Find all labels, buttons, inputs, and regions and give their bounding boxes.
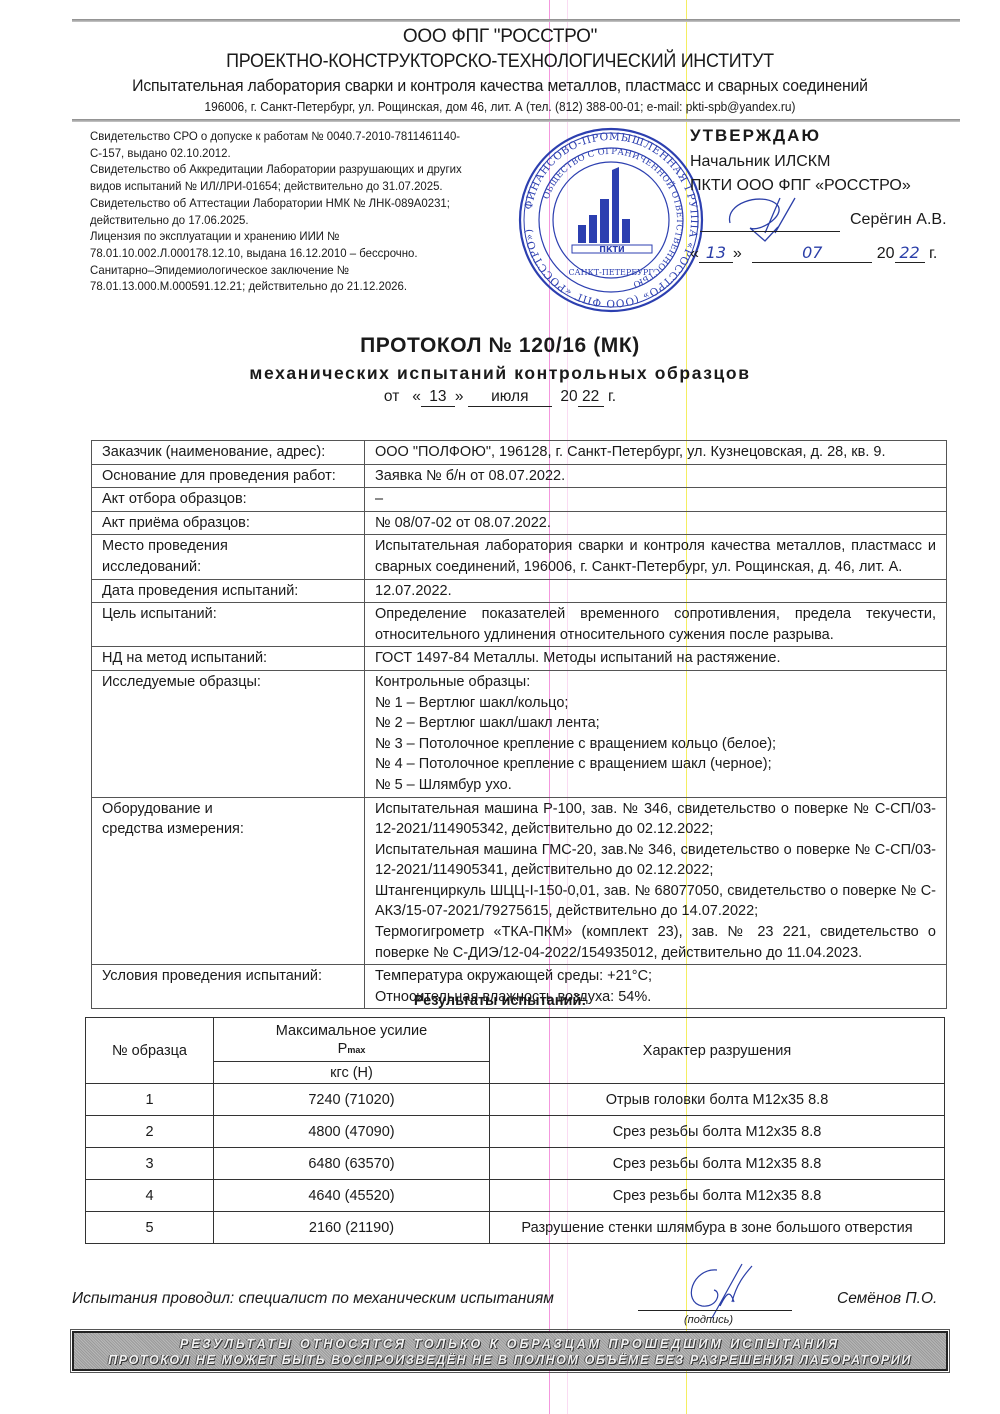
max-force: 7240 (71020): [214, 1084, 490, 1116]
table-row: 1 7240 (71020) Отрыв головки болта М12x3…: [86, 1084, 945, 1116]
svg-text:САНКТ-ПЕТЕРБУРГ: САНКТ-ПЕТЕРБУРГ: [568, 268, 653, 277]
failure-type: Разрушение стенки шлямбура в зоне большо…: [490, 1212, 945, 1244]
sample-line: № 2 – Вертлюг шакл/шакл лента;: [375, 713, 936, 734]
results-table: № образца Максимальное усилие Pmax Харак…: [85, 1017, 945, 1244]
info-value: Определение показателей временного сопро…: [365, 603, 947, 647]
disclaimer-line: ПРОТОКОЛ НЕ МОЖЕТ БЫТЬ ВОСПРОИЗВЕДЁН НЕ …: [74, 1352, 946, 1368]
info-value: ГОСТ 1497-84 Металлы. Методы испытаний н…: [365, 647, 947, 671]
info-value: Контрольные образцы: № 1 – Вертлюг шакл/…: [365, 670, 947, 797]
certificates-block: Свидетельство СРО о допуске к работам № …: [90, 128, 489, 295]
approval-year-prefix: 20: [877, 245, 895, 262]
table-header-row: № образца Максимальное усилие Pmax Харак…: [86, 1018, 945, 1062]
col-failure-header: Характер разрушения: [490, 1018, 945, 1084]
info-label: Акт отбора образцов:: [92, 488, 365, 512]
protocol-year-suffix: 22: [578, 388, 604, 407]
max-force: 6480 (63570): [214, 1148, 490, 1180]
table-row: 5 2160 (21190) Разрушение стенки шлямбур…: [86, 1212, 945, 1244]
sample-line: № 5 – Шлямбур ухо.: [375, 775, 936, 796]
disclaimer-line: РЕЗУЛЬТАТЫ ОТНОСЯТСЯ ТОЛЬКО К ОБРАЗЦАМ П…: [74, 1336, 946, 1352]
sample-number: 2: [86, 1116, 214, 1148]
table-row: Место проведения исследований: Испытател…: [92, 535, 947, 579]
table-row: Основание для проведения работ: Заявка №…: [92, 464, 947, 488]
failure-type: Срез резьбы болта М12x35 8.8: [490, 1148, 945, 1180]
org-name: ООО ФПГ "РОССТРО": [0, 26, 1000, 48]
table-row: Акт приёма образцов: № 08/07-02 от 08.07…: [92, 511, 947, 535]
max-force: 4800 (47090): [214, 1116, 490, 1148]
sample-number: 3: [86, 1148, 214, 1180]
info-label: Акт приёма образцов:: [92, 511, 365, 535]
col-sample-header: № образца: [86, 1018, 214, 1084]
equipment-line: Испытательная машина ГМС-20, зав.№ 346, …: [375, 840, 936, 881]
equipment-line: Штангенциркуль ШЦЦ-I-150-0,01, зав. № 68…: [375, 881, 936, 922]
approval-date: «13» 07 2022 г.: [690, 243, 960, 263]
certificate-item: Свидетельство об Аккредитации Лаборатори…: [90, 161, 489, 194]
table-row: 4 4640 (45520) Срез резьбы болта М12x35 …: [86, 1180, 945, 1212]
sample-number: 4: [86, 1180, 214, 1212]
approver-position: Начальник ИЛСКМ: [690, 153, 960, 171]
stamp-icon: ФИНАНСОВО-ПРОМЫШЛЕННАЯ ГРУППА «РОССТРО» …: [516, 125, 706, 315]
max-force: 4640 (45520): [214, 1180, 490, 1212]
protocol-info-table: Заказчик (наименование, адрес): ООО "ПОЛ…: [91, 440, 947, 1009]
certificate-item: Лицензия по эксплуатации и хранению ИИИ …: [90, 228, 489, 261]
info-label: Дата проведения испытаний:: [92, 579, 365, 603]
svg-text:ПКТИ: ПКТИ: [599, 245, 624, 254]
approval-month: 07: [752, 243, 872, 263]
results-title: Результаты испытаний:: [0, 993, 1000, 1009]
protocol-month: июля: [468, 388, 552, 407]
table-row: 2 4800 (47090) Срез резьбы болта М12x35 …: [86, 1116, 945, 1148]
sample-line: № 4 – Потолочное крепление с вращением ш…: [375, 754, 936, 775]
approval-block: УТВЕРЖДАЮ Начальник ИЛСКМ ПКТИ ООО ФПГ «…: [690, 126, 960, 263]
signature-icon: [672, 1262, 762, 1322]
failure-type: Срез резьбы болта М12x35 8.8: [490, 1116, 945, 1148]
max-force: 2160 (21190): [214, 1212, 490, 1244]
sample-number: 5: [86, 1212, 214, 1244]
approval-title: УТВЕРЖДАЮ: [690, 126, 960, 146]
protocol-title: ПРОТОКОЛ № 120/16 (МК): [0, 334, 1000, 358]
protocol-date: от «13» июля 2022 г.: [0, 388, 1000, 407]
info-value: ООО "ПОЛФОЮ", 196128, г. Санкт-Петербург…: [365, 441, 947, 465]
info-label: Исследуемые образцы:: [92, 670, 365, 797]
info-label: Оборудование и средства измерения:: [92, 797, 365, 965]
equipment-line: Испытательная машина Р-100, зав. № 346, …: [375, 799, 936, 840]
signature-caption: (подпись): [684, 1314, 733, 1326]
info-value: –: [365, 488, 947, 512]
header-rule: [72, 19, 960, 22]
info-label: Место проведения исследований:: [92, 535, 365, 579]
tester-name: Семёнов П.О.: [837, 1290, 937, 1308]
table-row: Цель испытаний: Определение показателей …: [92, 603, 947, 647]
tester-role: Испытания проводил: специалист по механи…: [72, 1290, 554, 1308]
failure-type: Отрыв головки болта М12x35 8.8: [490, 1084, 945, 1116]
protocol-subtitle: механических испытаний контрольных образ…: [0, 363, 1000, 384]
condition-line: Температура окружающей среды: +21°C;: [375, 966, 936, 987]
disclaimer-banner: РЕЗУЛЬТАТЫ ОТНОСЯТСЯ ТОЛЬКО К ОБРАЗЦАМ П…: [72, 1331, 948, 1371]
certificate-item: Свидетельство СРО о допуске к работам № …: [90, 128, 489, 161]
approval-day: 13: [699, 243, 733, 263]
protocol-day: 13: [421, 388, 455, 407]
sample-line: № 3 – Потолочное крепление с вращением к…: [375, 734, 936, 755]
info-value: Испытательная лаборатория сварки и контр…: [365, 535, 947, 579]
col-force-unit: кгс (Н): [214, 1062, 490, 1084]
col-force-header: Максимальное усилие Pmax: [214, 1018, 490, 1062]
info-label: Заказчик (наименование, адрес):: [92, 441, 365, 465]
certificate-item: Свидетельство об Аттестации Лаборатории …: [90, 195, 489, 228]
equipment-line: Термогигрометр «ТКА-ПКМ» (комплект 23), …: [375, 922, 936, 963]
info-value: Испытательная машина Р-100, зав. № 346, …: [365, 797, 947, 965]
info-label: Цель испытаний:: [92, 603, 365, 647]
header-rule: [72, 119, 960, 122]
lab-name: Испытательная лаборатория сварки и контр…: [35, 76, 965, 96]
info-label: НД на метод испытаний:: [92, 647, 365, 671]
info-value: Заявка № б/н от 08.07.2022.: [365, 464, 947, 488]
official-stamp: ФИНАНСОВО-ПРОМЫШЛЕННАЯ ГРУППА «РОССТРО» …: [516, 125, 706, 315]
signature-line: [700, 231, 840, 232]
institute-name: ПРОЕКТНО-КОНСТРУКТОРСКО-ТЕХНОЛОГИЧЕСКИЙ …: [40, 50, 960, 73]
signature-line: [638, 1310, 792, 1311]
table-row: Заказчик (наименование, адрес): ООО "ПОЛ…: [92, 441, 947, 465]
certificate-item: Санитарно–Эпидемиологическое заключение …: [90, 262, 489, 295]
svg-text:ФИНАНСОВО-ПРОМЫШЛЕННАЯ ГРУППА: ФИНАНСОВО-ПРОМЫШЛЕННАЯ ГРУППА «РОССТРО» …: [522, 131, 700, 309]
failure-type: Срез резьбы болта М12x35 8.8: [490, 1180, 945, 1212]
info-label: Основание для проведения работ:: [92, 464, 365, 488]
sample-line: № 1 – Вертлюг шакл/кольцо;: [375, 693, 936, 714]
table-row: 3 6480 (63570) Срез резьбы болта М12x35 …: [86, 1148, 945, 1180]
org-address: 196006, г. Санкт-Петербург, ул. Рощинска…: [25, 100, 975, 114]
approver-signature-row: Серёгин А.В.: [690, 199, 960, 239]
table-row: Оборудование и средства измерения: Испыт…: [92, 797, 947, 965]
table-row: Акт отбора образцов: –: [92, 488, 947, 512]
approval-year-unit: г.: [929, 245, 937, 262]
approval-year-suffix: 22: [895, 243, 925, 263]
table-row: Исследуемые образцы: Контрольные образцы…: [92, 670, 947, 797]
sample-number: 1: [86, 1084, 214, 1116]
info-value: № 08/07-02 от 08.07.2022.: [365, 511, 947, 535]
table-row: Дата проведения испытаний: 12.07.2022.: [92, 579, 947, 603]
signature-icon: [720, 193, 810, 243]
sample-line: Контрольные образцы:: [375, 672, 936, 693]
table-row: НД на метод испытаний: ГОСТ 1497-84 Мета…: [92, 647, 947, 671]
approver-name: Серёгин А.В.: [850, 211, 947, 229]
info-value: 12.07.2022.: [365, 579, 947, 603]
